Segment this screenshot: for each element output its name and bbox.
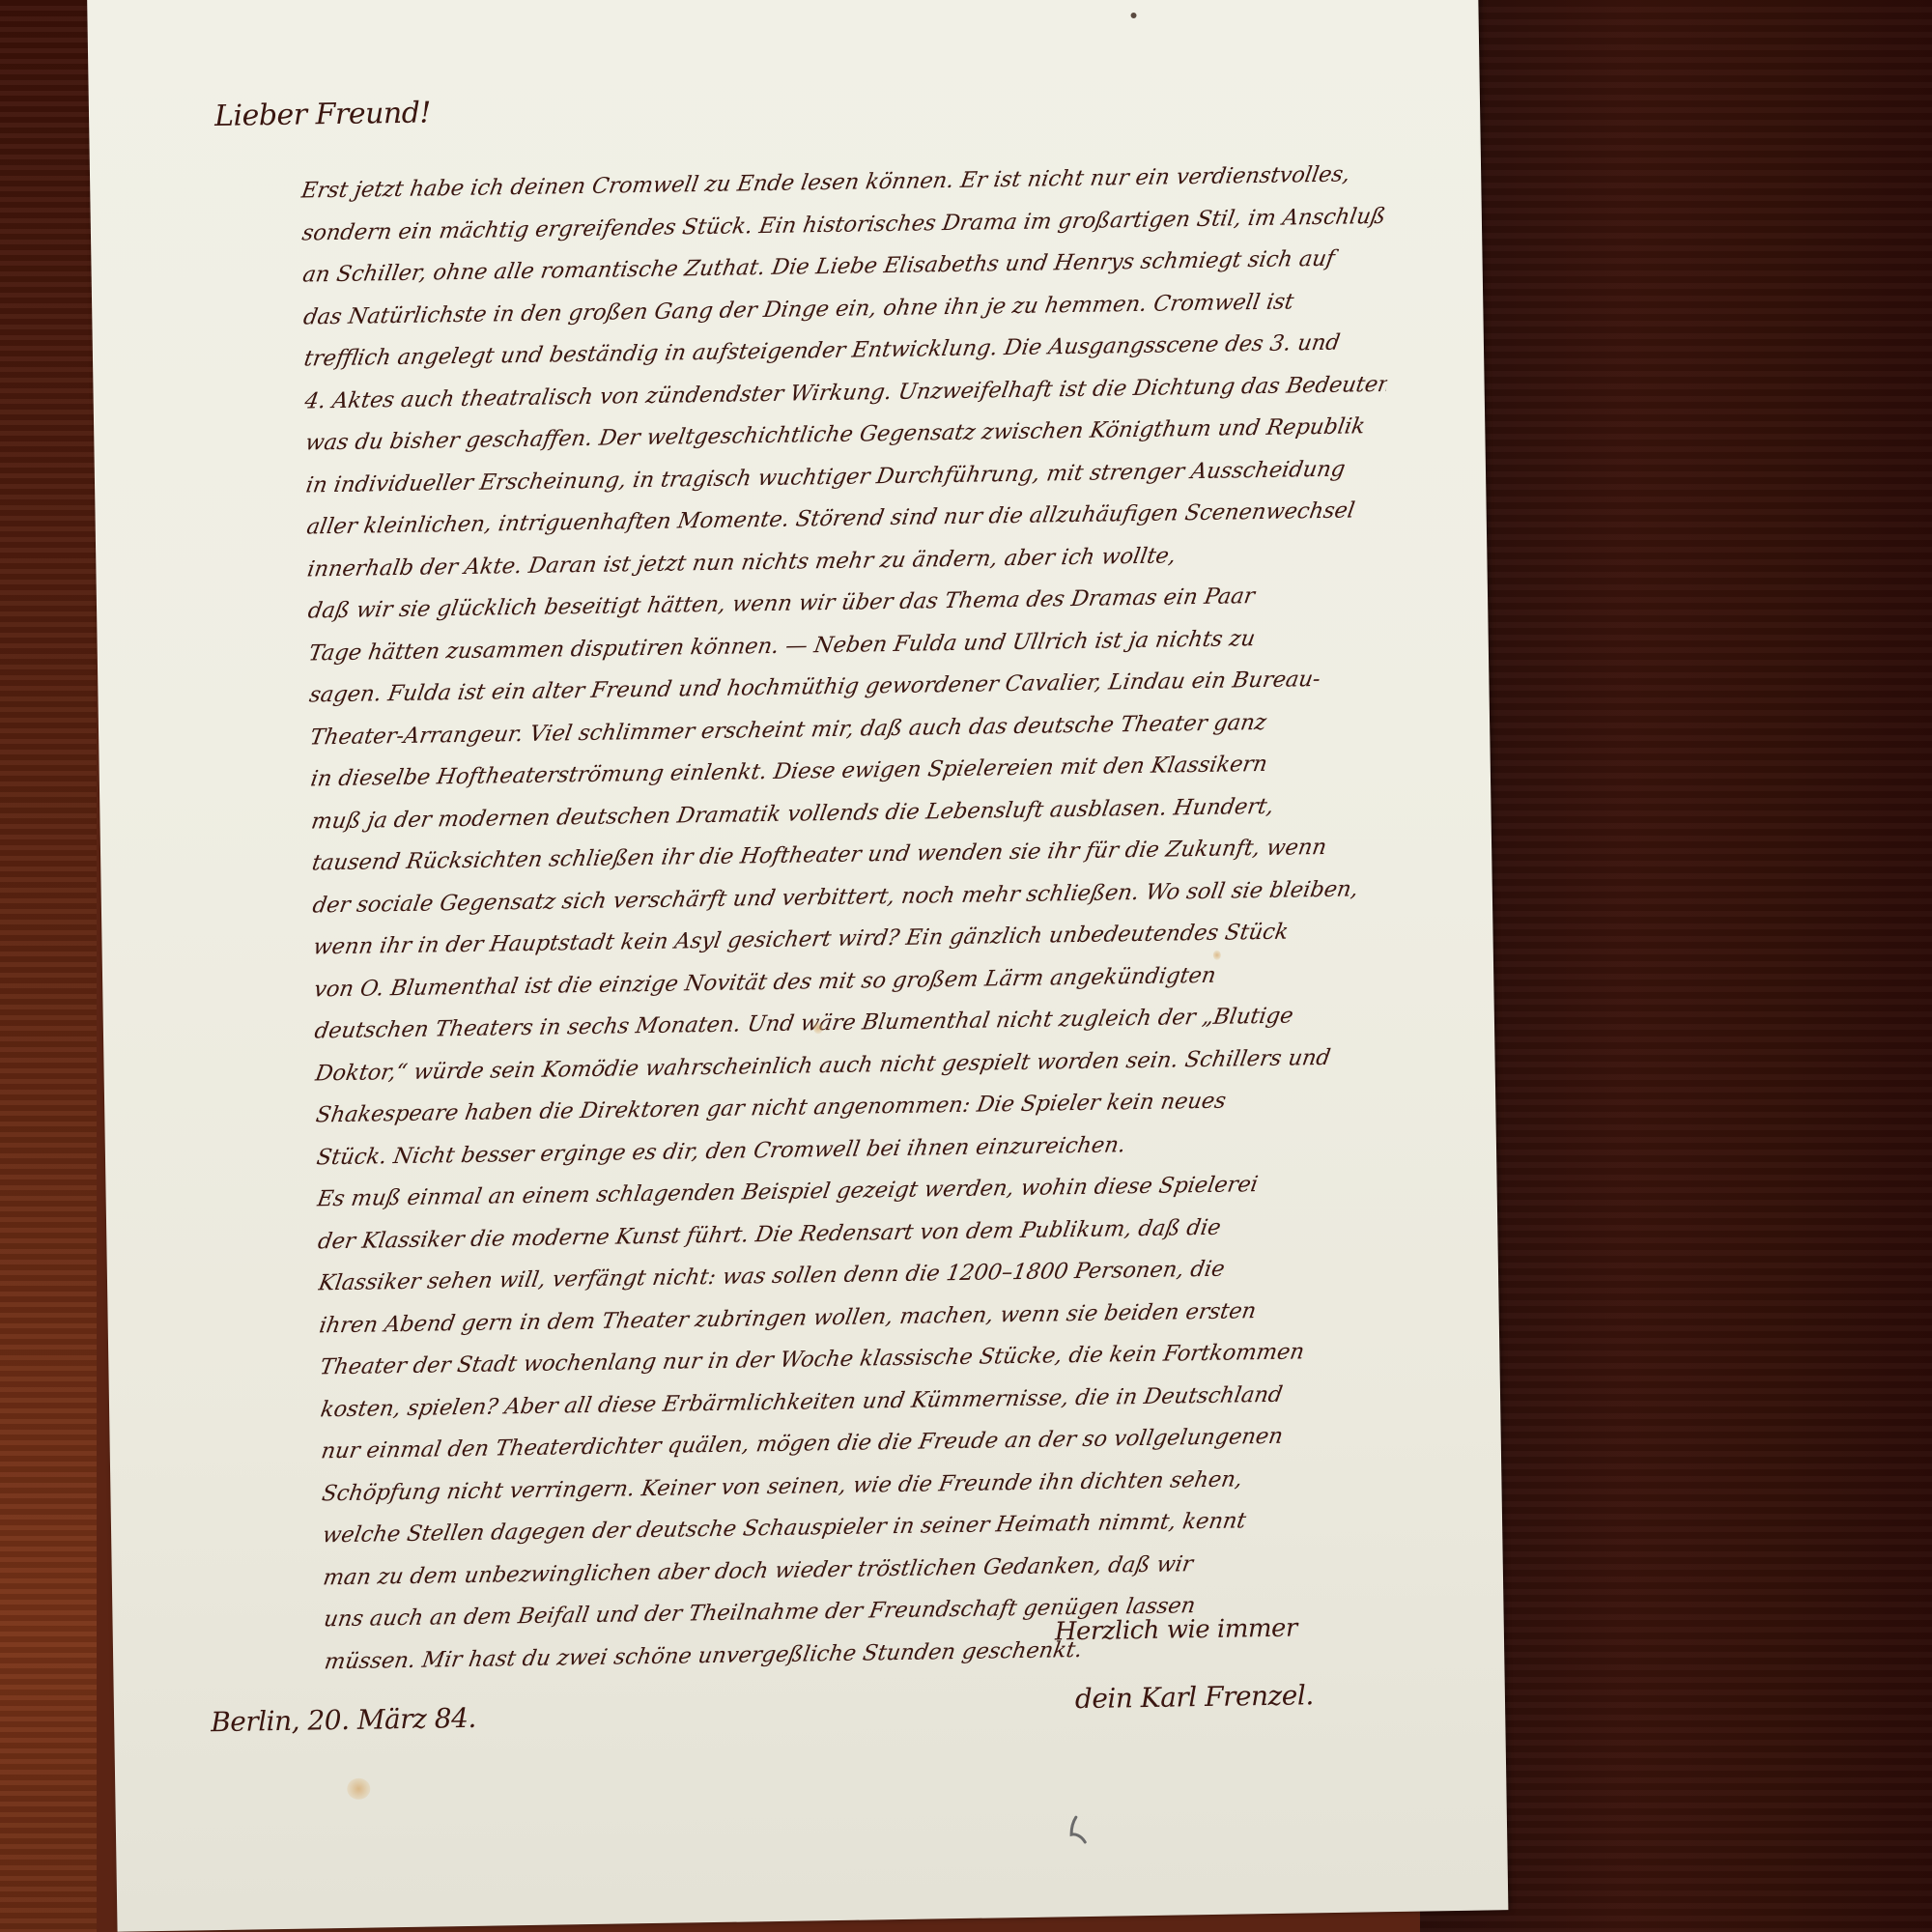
closing: Herzlich wie immer — [1055, 1614, 1298, 1647]
salutation: Lieber Freund! — [214, 96, 431, 133]
letter-body: Erst jetzt habe ich deinen Cromwell zu E… — [298, 154, 1403, 1683]
paper-stain — [1213, 951, 1221, 960]
dateline: Berlin, 20. März 84. — [211, 1702, 476, 1738]
pencil-page-number-icon — [1067, 1815, 1089, 1844]
signature: dein Karl Frenzel. — [1075, 1679, 1314, 1715]
letter-sheet: Lieber Freund! Erst jetzt habe ich deine… — [87, 0, 1508, 1932]
paper-stain — [813, 1022, 823, 1034]
ink-dot — [1130, 13, 1136, 18]
paper-stain — [347, 1778, 370, 1800]
wooden-table-left — [0, 0, 97, 1932]
